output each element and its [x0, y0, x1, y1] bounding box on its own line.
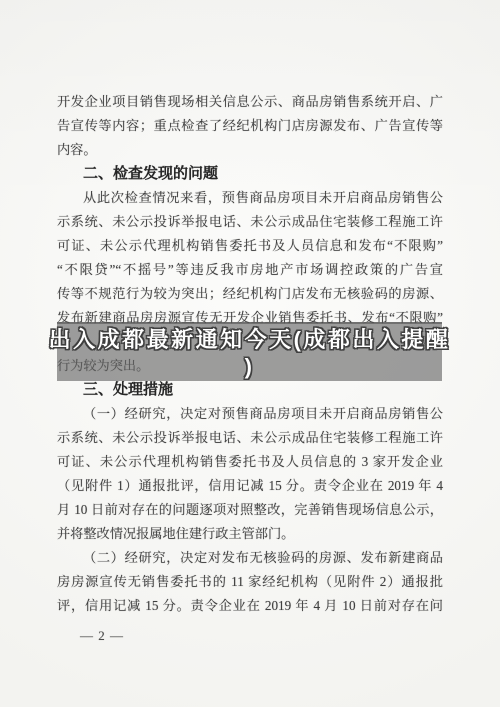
- document-page: 开发企业项目销售现场相关信息公示、商品房销售系统开启、广 告宣传等内容；重点检查…: [0, 0, 500, 707]
- document-line: 示系统、未公示投诉举报电话、未公示成品住宅装修工程施工许: [57, 210, 443, 234]
- document-line: 示系统、未公示投诉举报电话、未公示成品住宅装修工程施工许: [57, 426, 443, 450]
- document-line: 并将整改情况报属地住建行政主管部门。: [57, 522, 443, 546]
- section-heading-problems: 二、检查发现的问题: [57, 162, 443, 186]
- overlay-banner: 出入成都最新通知今天(成都出入提醒 ): [57, 322, 442, 381]
- document-line: 从此次检查情况来看，预售商品房项目未开启商品房销售公: [57, 186, 443, 210]
- document-line: 房房源宣传无销售委托书的 11 家经纪机构（见附件 2）通报批: [57, 570, 443, 594]
- document-line: 告宣传等内容；重点检查了经纪机构门店房源发布、广告宣传等: [57, 114, 443, 138]
- document-line: 评，信用记减 15 分。责令企业在 2019 年 4 月 10 日前对存在问: [57, 594, 443, 618]
- document-line: 传等不规范行为较为突出；经纪机构门店发布无核验码的房源、: [57, 282, 443, 306]
- document-line: 开发企业项目销售现场相关信息公示、商品房销售系统开启、广: [57, 90, 443, 114]
- document-line: （一）经研究，决定对预售商品房项目未开启商品房销售公: [57, 402, 443, 426]
- document-line: 内容。: [57, 138, 443, 162]
- document-line: 可证、未公示代理机构销售委托书及人员信息的 3 家开发企业: [57, 450, 443, 474]
- document-line: （二）经研究，决定对发布无核验码的房源、发布新建商品: [57, 546, 443, 570]
- document-line: “不限贷”“不摇号”等违反我市房地产市场调控政策的广告宣: [57, 258, 443, 282]
- overlay-title-line1: 出入成都最新通知今天(成都出入提醒: [49, 326, 451, 353]
- section-heading-measures: 三、处理措施: [57, 378, 443, 402]
- document-line: （见附件 1）通报批评，信用记减 15 分。责令企业在 2019 年 4: [57, 474, 443, 498]
- document-line: 可证、未公示代理机构销售委托书及人员信息和发布“不限购”: [57, 234, 443, 258]
- page-number: — 2 —: [80, 627, 124, 645]
- overlay-title-line2: ): [245, 353, 255, 380]
- document-line: 月 10 日前对存在的问题逐项对照整改，完善销售现场信息公示，: [57, 498, 443, 522]
